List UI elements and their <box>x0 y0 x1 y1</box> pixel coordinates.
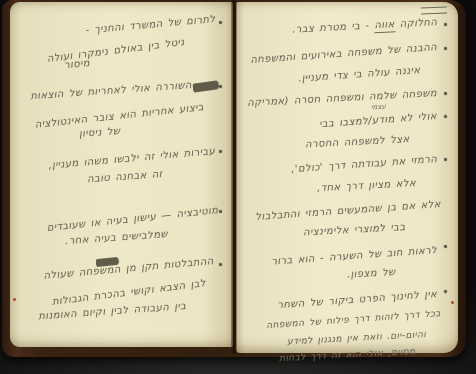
bullet-dot <box>444 23 447 26</box>
notebook-photo: לתרום של המשרד והחניך - ניטל בין באולם נ… <box>0 0 476 374</box>
bullet-dot <box>219 150 222 153</box>
bullet-dot <box>444 47 447 50</box>
bullet-dot <box>444 158 447 161</box>
red-margin-dot <box>451 301 454 304</box>
page-gutter <box>231 0 237 354</box>
bullet-dot <box>219 263 222 266</box>
line-part: החלוקה <box>394 17 437 30</box>
bullet-dot <box>219 21 222 24</box>
underlined-word: אווה <box>374 19 395 33</box>
bullet-dot <box>444 92 447 95</box>
bullet-dot <box>444 115 447 118</box>
bullet-dot <box>444 290 447 293</box>
handwriting-line: מיסור <box>64 58 91 71</box>
bullet-dot <box>219 85 222 88</box>
bullet-dot <box>444 245 447 248</box>
bullet-dot <box>219 210 222 213</box>
red-margin-dot <box>13 298 16 301</box>
double-line-mark <box>421 7 447 15</box>
inserted-word: עצמי <box>371 102 386 111</box>
